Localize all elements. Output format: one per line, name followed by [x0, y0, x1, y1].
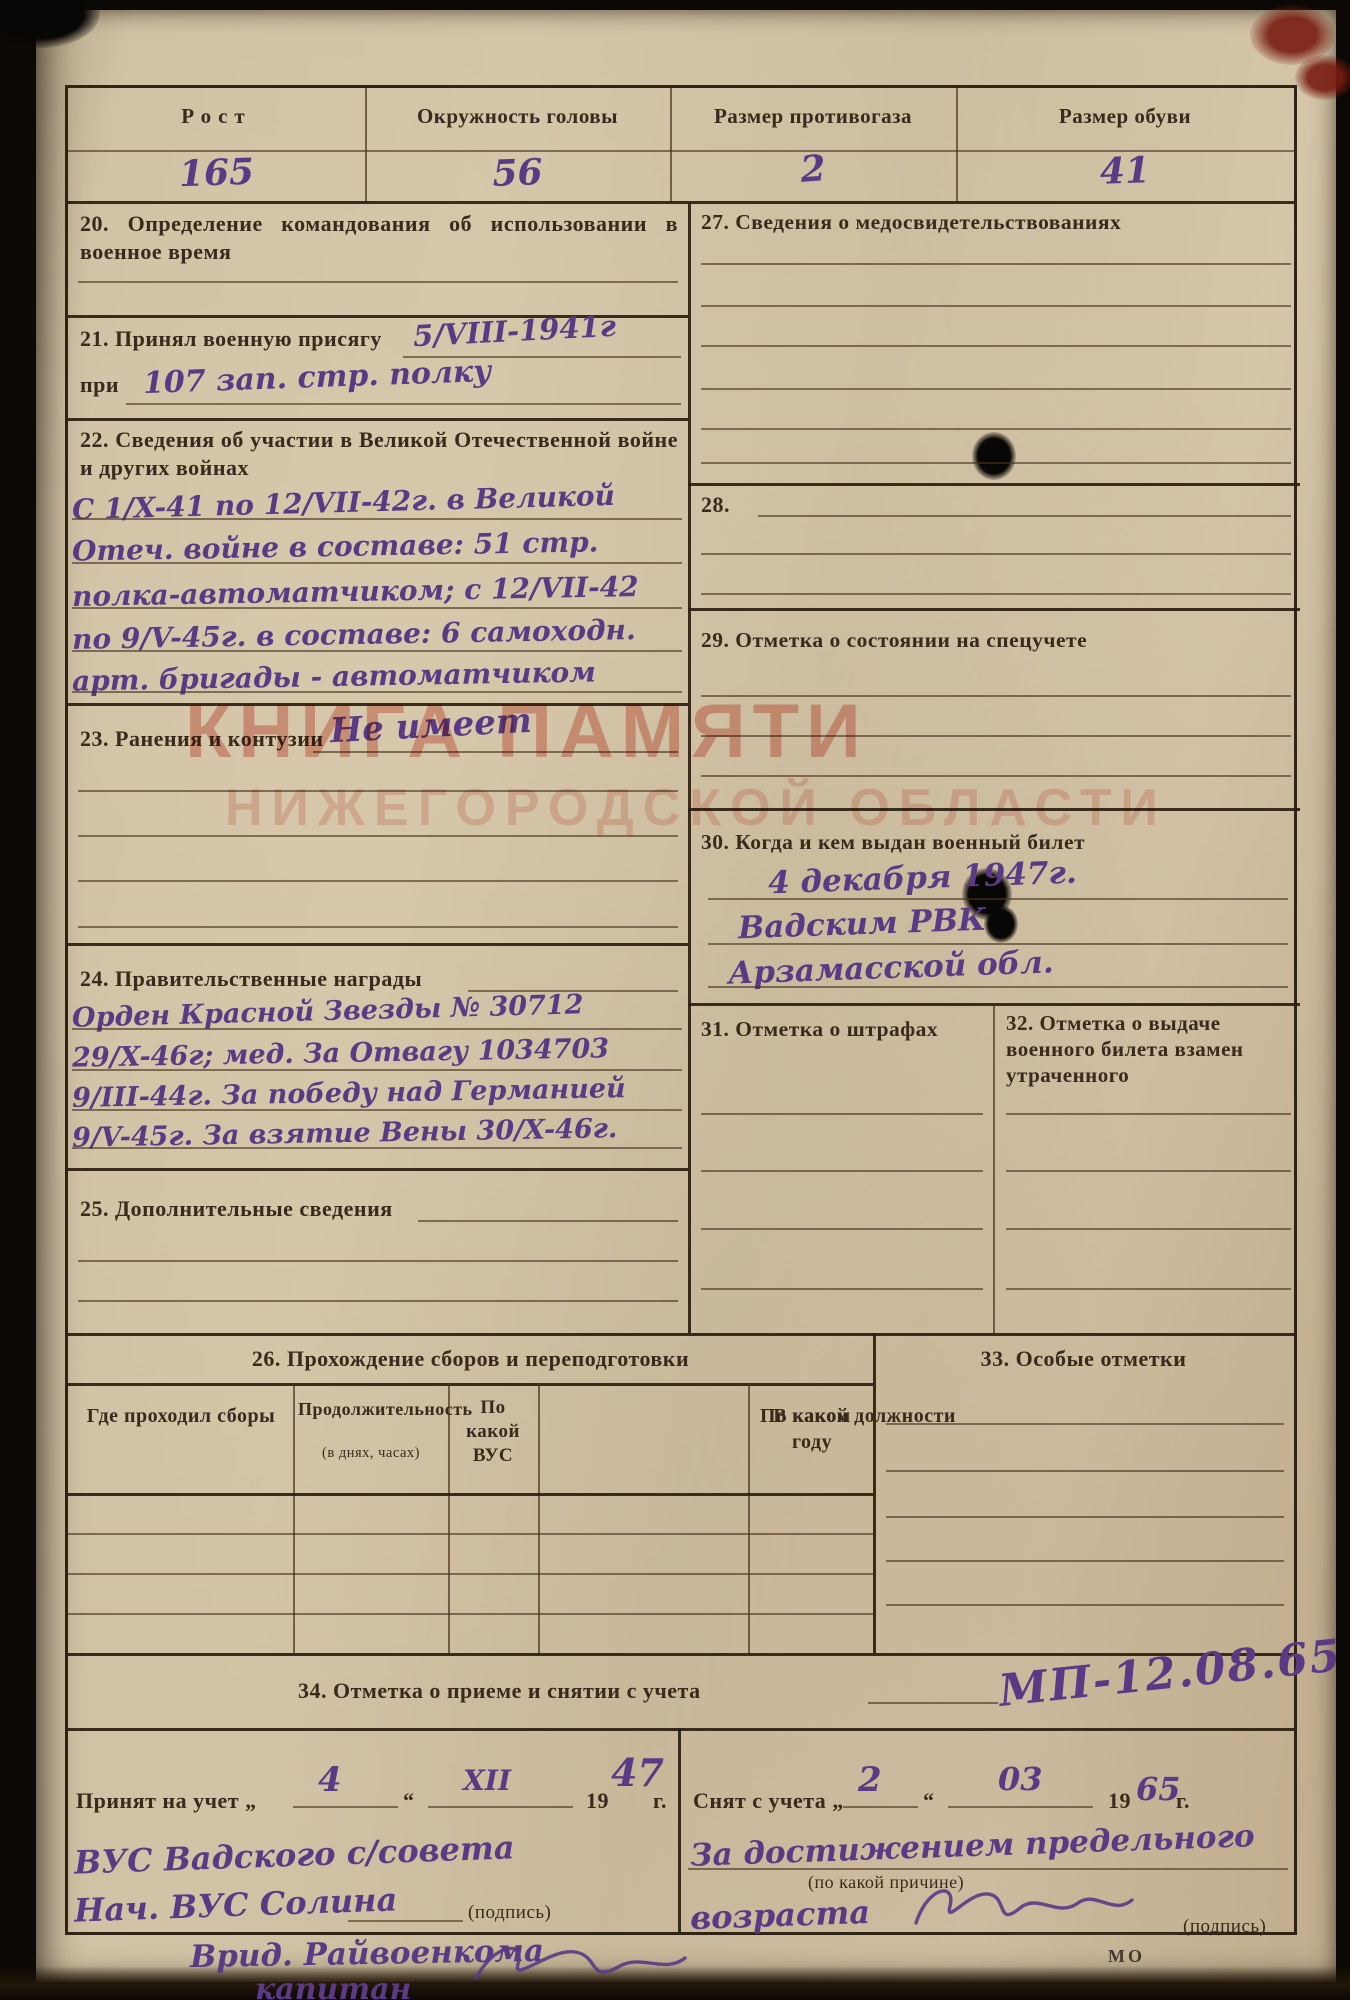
- section-border: [68, 1168, 688, 1171]
- sec29-title: 29. Отметка о состоянии на спецучете: [701, 628, 1293, 653]
- ruled-line: [886, 1423, 1284, 1425]
- ruled-line: [1006, 1288, 1291, 1290]
- section-border: [68, 1728, 1294, 1731]
- sec24-line: 29/X-46г; мед. За Отвагу 1034703: [72, 1033, 610, 1073]
- accept-year-printed: 19: [586, 1788, 609, 1814]
- ruled-line: [72, 1028, 682, 1030]
- sec28-num: 28.: [701, 492, 730, 518]
- value-shoes: 41: [955, 144, 1294, 198]
- ruled-line: [886, 1470, 1284, 1472]
- ruled-line: [886, 1516, 1284, 1518]
- watermark-line1: КНИГА ПАМЯТИ: [185, 688, 868, 775]
- ruled-line: [72, 518, 682, 520]
- section-border: [688, 483, 1300, 486]
- ruled-line: [1006, 1113, 1291, 1115]
- removed-day: 2: [858, 1760, 882, 1800]
- ruled-line: [126, 403, 681, 405]
- tbl-col-vus: По какой ВУС: [452, 1396, 534, 1468]
- accept-quote-close: “: [403, 1788, 415, 1814]
- sec32-title: 32. Отметка о выдаче военного билета вза…: [1006, 1010, 1294, 1088]
- sec20-title: 20. Определение командования об использо…: [80, 210, 678, 266]
- section-border: [68, 201, 1294, 204]
- red-stain: [1295, 55, 1350, 100]
- ruled-line: [1006, 1170, 1291, 1172]
- ruled-line: [78, 1260, 678, 1262]
- footer-divider: [678, 1728, 681, 1932]
- sec24-title: 24. Правительственные награды: [80, 966, 422, 992]
- ruled-line: [78, 926, 678, 928]
- sec24-line: 9/III-44г. За победу над Германией: [72, 1073, 626, 1114]
- accept-line2: ВУС Вадского с/совета: [73, 1828, 515, 1881]
- sec31-title: 31. Отметка о штрафах: [701, 1016, 981, 1043]
- ruled-line: [701, 388, 1291, 390]
- removed-sign-label: (подпись): [1183, 1916, 1266, 1938]
- sec21-pre: при: [80, 372, 119, 398]
- watermark-line2: НИЖЕГОРОДСКОЙ ОБЛАСТИ: [225, 778, 1167, 838]
- accept-line3: Нач. ВУС Солина: [73, 1880, 397, 1929]
- ruled-line: [701, 462, 1291, 464]
- sec21-unit: 107 зап. стр. полку: [142, 354, 491, 401]
- col-header-shoes: Размер обуви: [956, 104, 1294, 129]
- ruled-line: [701, 553, 1291, 555]
- col-header-height: Рост: [68, 104, 365, 129]
- table-header-border: [68, 1493, 873, 1496]
- ruled-line: [701, 1228, 983, 1230]
- value-head: 56: [364, 147, 670, 200]
- removed-quote-close: “: [923, 1788, 935, 1814]
- ruled-line: [701, 775, 1291, 777]
- tbl-col-duration: Продолжительность: [298, 1398, 444, 1420]
- ruled-line: [701, 305, 1291, 307]
- table-row-line: [68, 1533, 873, 1535]
- value-height: 165: [67, 147, 365, 199]
- value-gasmask: 2: [669, 138, 957, 200]
- ruled-line: [886, 1560, 1284, 1562]
- tbl-col-where: Где проходил сборы: [76, 1403, 286, 1429]
- accept-day: 4: [318, 1760, 342, 1800]
- ruled-line: [1008, 1933, 1178, 1935]
- ruled-line: [701, 1113, 983, 1115]
- sec21-title: 21. Принял военную присягу: [80, 326, 382, 352]
- ruled-line: [1006, 1228, 1291, 1230]
- sec30-line: 4 декабря 1947г.: [767, 855, 1077, 902]
- section-border: [68, 418, 688, 421]
- tbl-col-year: В каком году: [762, 1403, 862, 1455]
- ruled-line: [701, 263, 1291, 265]
- removed-label: Снят с учета „: [693, 1788, 844, 1814]
- table-row-line: [68, 1573, 873, 1575]
- ruled-line: [701, 428, 1291, 430]
- ruled-line: [72, 1109, 682, 1111]
- ruled-line: [708, 898, 1288, 900]
- ruled-line: [758, 515, 1291, 517]
- ruled-line: [418, 1220, 678, 1222]
- ruled-line: [701, 1288, 983, 1290]
- accept-month: XII: [463, 1764, 511, 1797]
- accept-sign-label: (подпись): [468, 1902, 551, 1924]
- ruled-line: [72, 1147, 682, 1149]
- accept-label: Принят на учет „: [76, 1788, 257, 1814]
- section-border: [688, 608, 1300, 611]
- ruled-line: [72, 562, 682, 564]
- col-header-gasmask: Размер противогаза: [670, 104, 956, 129]
- sec25-title: 25. Дополнительные сведения: [80, 1196, 393, 1222]
- ruled-line: [293, 1806, 398, 1808]
- sub-column-divider: [993, 1003, 995, 1333]
- sec26-title: 26. Прохождение сборов и переподготовки: [68, 1346, 873, 1372]
- band-divider: [873, 1333, 876, 1653]
- section-border: [68, 1333, 1294, 1336]
- below-line2: капитан: [255, 1972, 411, 2000]
- removed-year-hand: 65: [1136, 1770, 1181, 1808]
- ruled-line: [948, 1806, 1093, 1808]
- removed-year-printed: 19: [1108, 1788, 1131, 1814]
- sec30-line: Арзамасской обл.: [727, 944, 1054, 991]
- section-border: [68, 943, 688, 946]
- ruled-line: [843, 1806, 918, 1808]
- ruled-line: [868, 1702, 998, 1704]
- removed-reason2: возраста: [689, 1893, 870, 1937]
- ruled-line: [72, 1069, 682, 1071]
- stamp-text: МО: [1108, 1946, 1145, 1967]
- sec27-title: 27. Сведения о медосвидетельствованиях: [701, 210, 1293, 235]
- removed-month: 03: [998, 1760, 1043, 1798]
- signature: [470, 1938, 690, 1993]
- table-row-line: [68, 1613, 873, 1615]
- removed-year-suffix: г.: [1176, 1788, 1190, 1814]
- ruled-line: [78, 880, 678, 882]
- ruled-line: [428, 1806, 573, 1808]
- ruled-line: [886, 1604, 1284, 1606]
- ruled-line: [348, 1920, 463, 1922]
- ruled-line: [708, 986, 1288, 988]
- sec34-note: МП-12.08.65: [996, 1630, 1344, 1717]
- ruled-line: [701, 1170, 983, 1172]
- ruled-line: [701, 345, 1291, 347]
- sec20-num: 20.: [80, 211, 109, 236]
- accept-year-suffix: г.: [653, 1788, 667, 1814]
- ruled-line: [701, 593, 1291, 595]
- table-top-border: [68, 1383, 873, 1386]
- removed-reason1: За достижением предельного: [690, 1818, 1256, 1874]
- sec34-title: 34. Отметка о приеме и снятии с учета: [298, 1678, 701, 1704]
- record-form: Рост Окружность головы Размер противогаз…: [65, 85, 1297, 1935]
- sec30-line: Вадским РВК: [737, 902, 986, 947]
- col-header-head: Окружность головы: [365, 104, 670, 129]
- tbl-col-duration-sub: (в днях, часах): [298, 1445, 444, 1462]
- ruled-line: [688, 1868, 1288, 1870]
- ruled-line: [72, 650, 682, 652]
- ruled-line: [72, 607, 682, 609]
- ruled-line: [708, 943, 1288, 945]
- ruled-line: [78, 1300, 678, 1302]
- signature: [908, 1878, 1138, 1938]
- ruled-line: [78, 281, 678, 283]
- sec22-title: 22. Сведения об участии в Великой Отечес…: [80, 426, 678, 482]
- sec33-title: 33. Особые отметки: [873, 1346, 1294, 1372]
- scanned-military-record: Рост Окружность головы Размер противогаз…: [0, 0, 1350, 2000]
